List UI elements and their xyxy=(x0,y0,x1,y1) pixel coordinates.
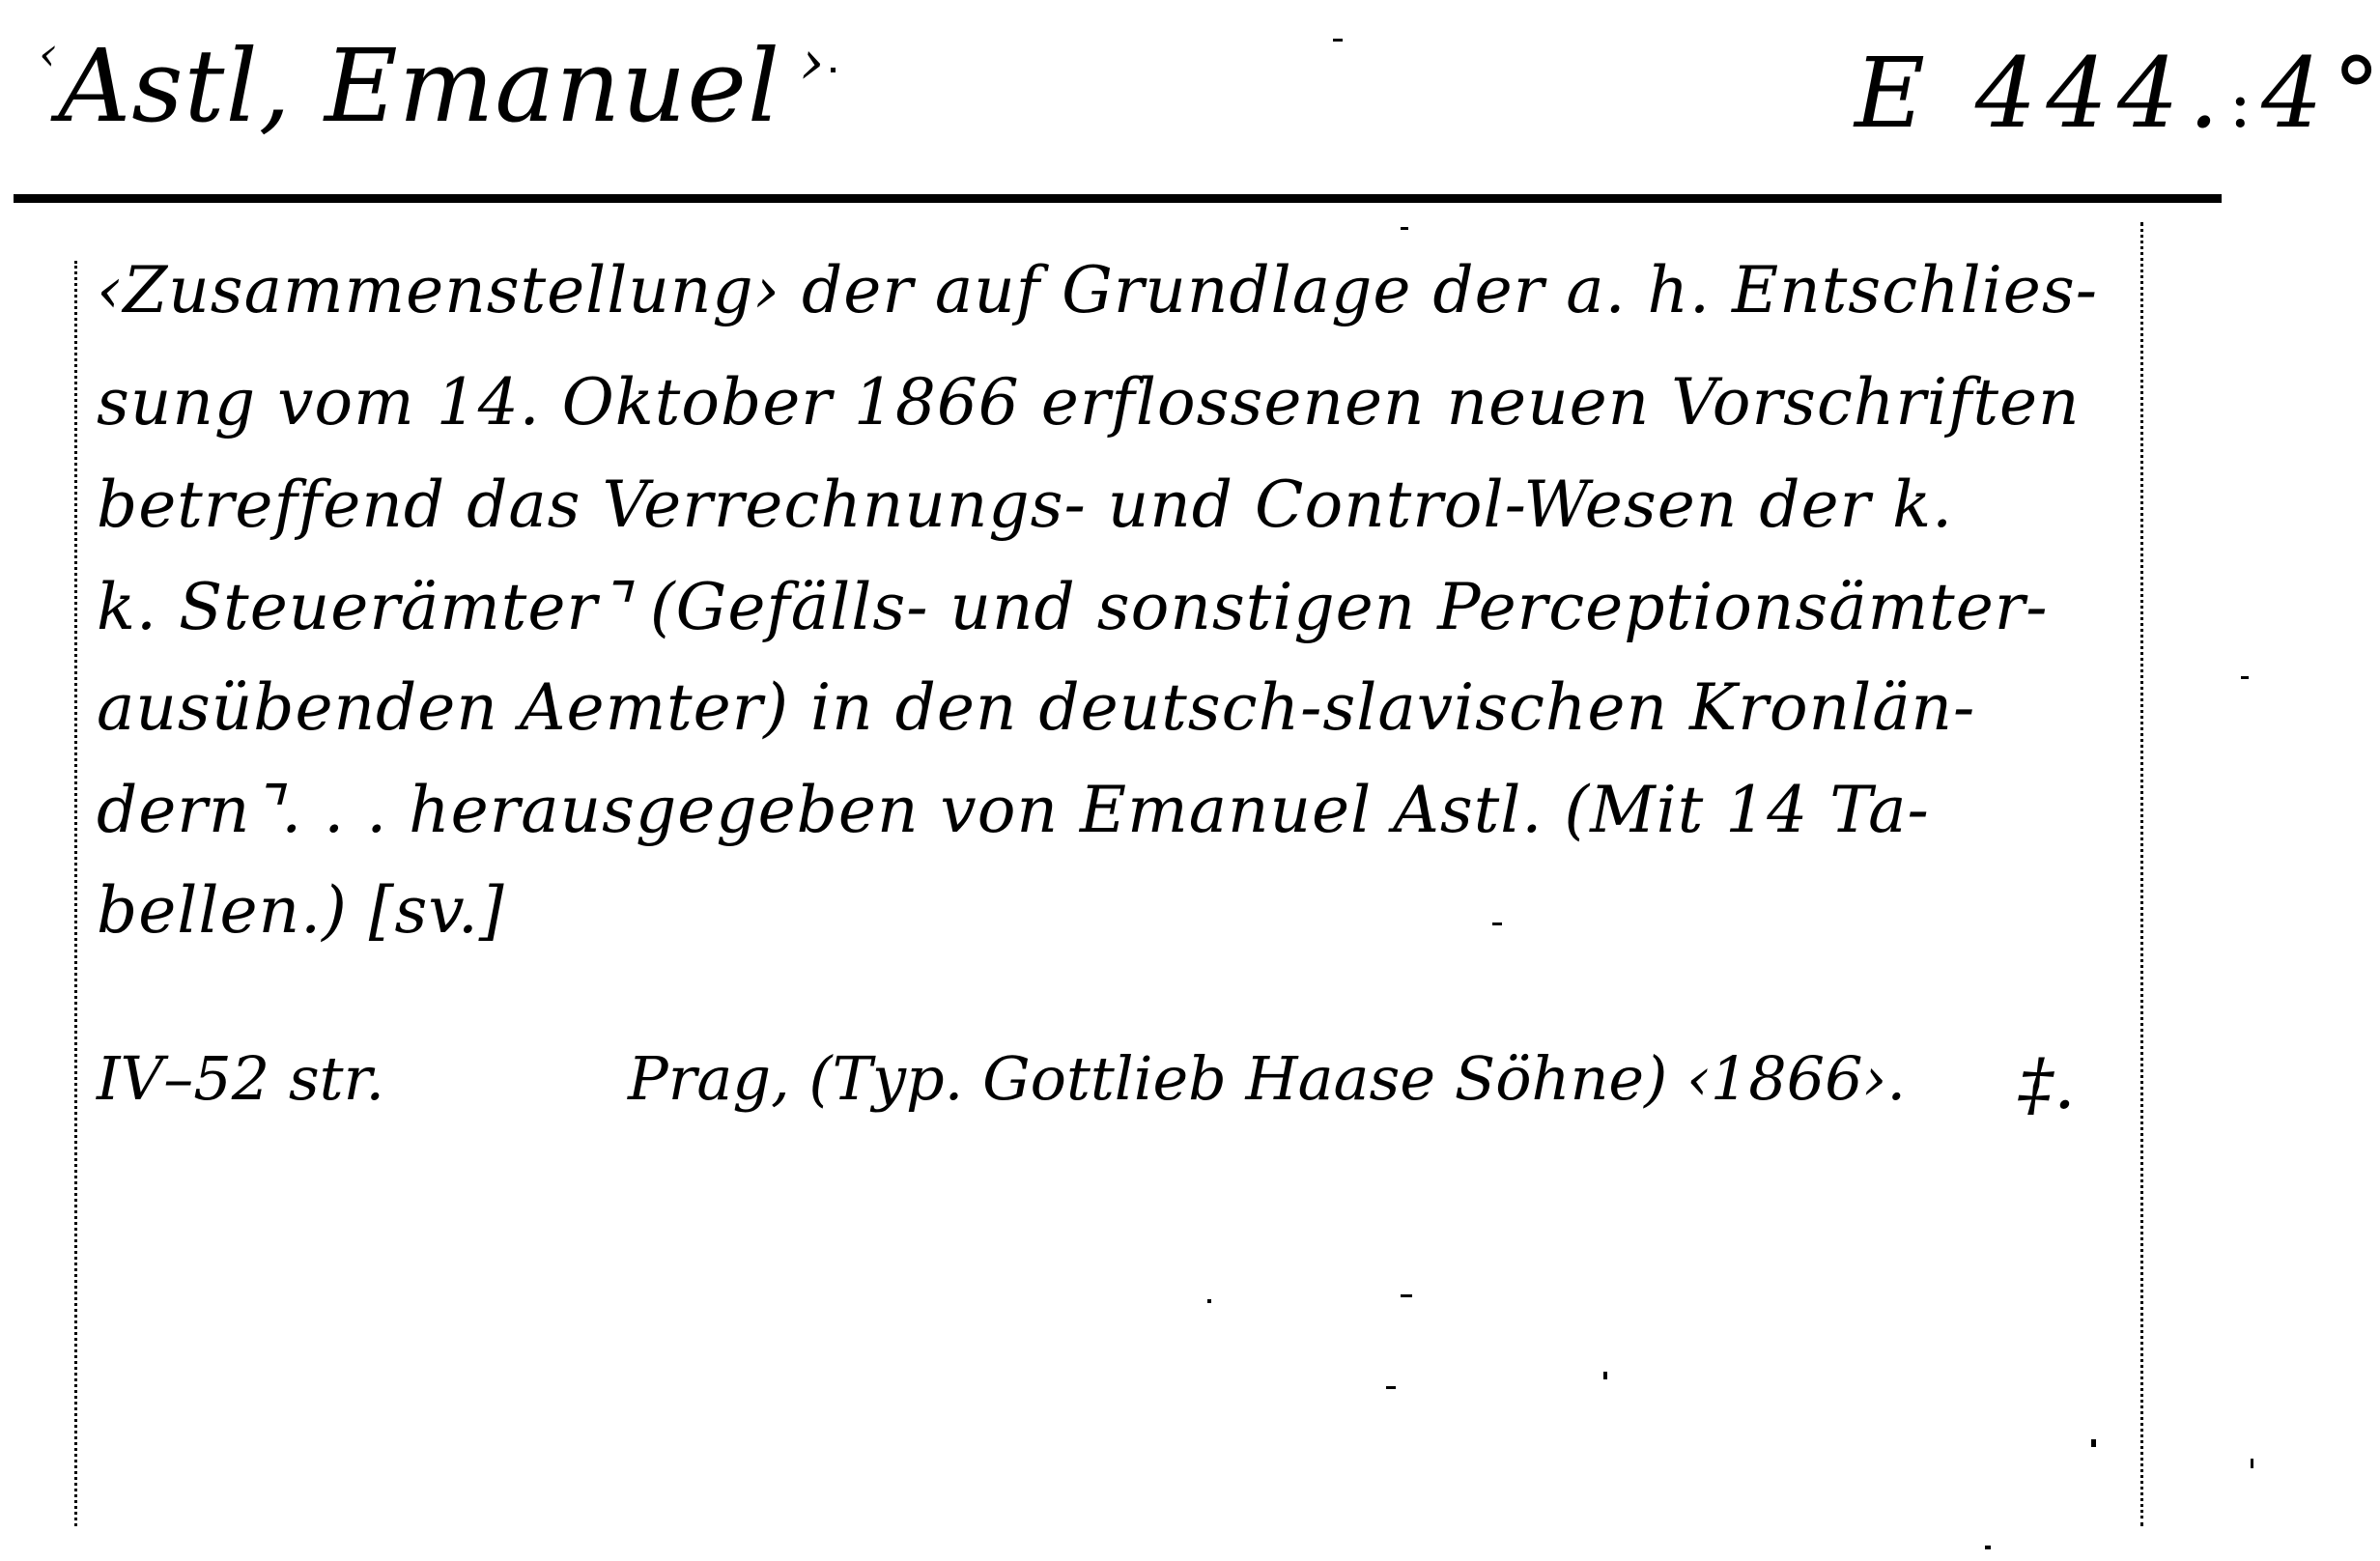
right-dotted-border xyxy=(2140,222,2143,1526)
scan-speck xyxy=(1401,1294,1412,1297)
cross-mark: ‡. xyxy=(2019,1043,2076,1124)
heading-open-bracket: ‹ xyxy=(39,27,58,81)
title-line-4: k. Steuerämter⌝ (Gefälls- und sonstigen … xyxy=(97,570,2049,644)
heading-rule xyxy=(14,194,2222,203)
scan-speck xyxy=(1492,922,1502,925)
scan-speck xyxy=(2251,1459,2253,1468)
title-line-5: ausübenden Aemter) in den deutsch-slavis… xyxy=(97,670,1975,745)
pagination: IV–52 str. xyxy=(97,1043,384,1114)
call-number: E 444.:4° xyxy=(1855,37,2380,150)
scan-speck xyxy=(831,68,836,72)
title-line-2: sung vom 14. Oktober 1866 erflossenen ne… xyxy=(97,365,2081,440)
title-line-6: dern⌝. . . herausgegeben von Emanuel Ast… xyxy=(97,773,1930,847)
title-line-7: bellen.) [sv.] xyxy=(97,873,505,948)
scan-speck xyxy=(1603,1372,1607,1379)
scan-speck xyxy=(1207,1299,1211,1303)
title-line-3: betreffend das Verrechnungs- und Control… xyxy=(97,468,1953,542)
heading-close-bracket: › xyxy=(800,27,826,99)
format-size: 4° xyxy=(2261,37,2380,150)
scan-speck xyxy=(1401,227,1408,230)
scan-speck xyxy=(2091,1439,2096,1447)
scan-speck xyxy=(1386,1386,1396,1389)
call-number-separator: : xyxy=(2228,64,2261,143)
scan-speck xyxy=(1333,39,1343,42)
title-line-1: ‹Zusammenstellung› der auf Grundlage der… xyxy=(97,253,2098,327)
author-name: Astl, Emanuel xyxy=(58,27,780,145)
author-heading: ‹Astl, Emanuel› xyxy=(39,27,826,145)
shelfmark: E 444. xyxy=(1855,37,2228,150)
scan-speck xyxy=(1985,1546,1991,1549)
scan-speck xyxy=(2241,676,2249,679)
imprint: Prag, (Typ. Gottlieb Haase Söhne) ‹1866›… xyxy=(628,1043,1906,1114)
left-dotted-border xyxy=(74,261,77,1526)
catalog-card: ‹Astl, Emanuel› E 444.:4° ‹Zusammenstell… xyxy=(0,0,2380,1561)
